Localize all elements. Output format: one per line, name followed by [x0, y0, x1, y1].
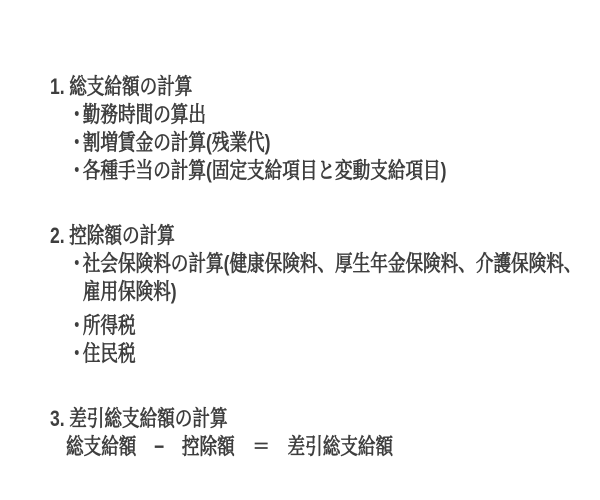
- section-heading: 3. 差引総支給額の計算: [50, 405, 600, 433]
- list-item-text: 割増賃金の計算(残業代): [83, 129, 593, 157]
- section-title: 控除額の計算: [69, 222, 175, 250]
- bullet-icon: ･: [72, 157, 82, 185]
- list-item: ･ 社会保険料の計算(健康保険料、厚生年金保険料、介護保険料、雇用保険料): [50, 250, 600, 306]
- equals-operator: ＝: [252, 433, 270, 461]
- section-title: 差引総支給額の計算: [69, 405, 227, 433]
- section-net-pay: 3. 差引総支給額の計算 総支給額 − 控除額 ＝ 差引総支給額: [50, 405, 600, 461]
- list-item-text: 所得税: [83, 312, 593, 340]
- formula-term-gross: 総支給額: [66, 433, 136, 461]
- formula-term-net: 差引総支給額: [288, 433, 394, 461]
- list-item-text: 勤務時間の算出: [83, 101, 593, 129]
- formula-line: 総支給額 − 控除額 ＝ 差引総支給額: [50, 433, 600, 461]
- list-item: ･ 割増賃金の計算(残業代): [50, 129, 600, 157]
- list-item: ･ 所得税: [50, 312, 600, 340]
- section-gross-pay: 1. 総支給額の計算 ･ 勤務時間の算出 ･ 割増賃金の計算(残業代) ･ 各種…: [50, 73, 600, 185]
- bullet-icon: ･: [72, 101, 82, 129]
- section-number: 1.: [50, 73, 69, 101]
- section-deductions: 2. 控除額の計算 ･ 社会保険料の計算(健康保険料、厚生年金保険料、介護保険料…: [50, 222, 600, 368]
- list-item-text: 社会保険料の計算(健康保険料、厚生年金保険料、介護保険料、雇用保険料): [83, 250, 593, 306]
- section-heading: 2. 控除額の計算: [50, 222, 600, 250]
- list-item-text: 住民税: [83, 340, 593, 368]
- slide: 1. 総支給額の計算 ･ 勤務時間の算出 ･ 割増賃金の計算(残業代) ･ 各種…: [50, 73, 600, 461]
- bullet-icon: ･: [72, 129, 82, 157]
- section-number: 2.: [50, 222, 69, 250]
- list-item-text: 各種手当の計算(固定支給項目と変動支給項目): [83, 157, 593, 185]
- bullet-icon: ･: [72, 340, 82, 368]
- section-title: 総支給額の計算: [69, 73, 192, 101]
- section-heading: 1. 総支給額の計算: [50, 73, 600, 101]
- list-item: ･ 各種手当の計算(固定支給項目と変動支給項目): [50, 157, 600, 185]
- formula-term-deduction: 控除額: [182, 433, 235, 461]
- bullet-icon: ･: [72, 312, 82, 340]
- bullet-icon: ･: [72, 250, 82, 306]
- minus-operator: −: [154, 433, 164, 461]
- section-number: 3.: [50, 405, 69, 433]
- list-item: ･ 住民税: [50, 340, 600, 368]
- list-item: ･ 勤務時間の算出: [50, 101, 600, 129]
